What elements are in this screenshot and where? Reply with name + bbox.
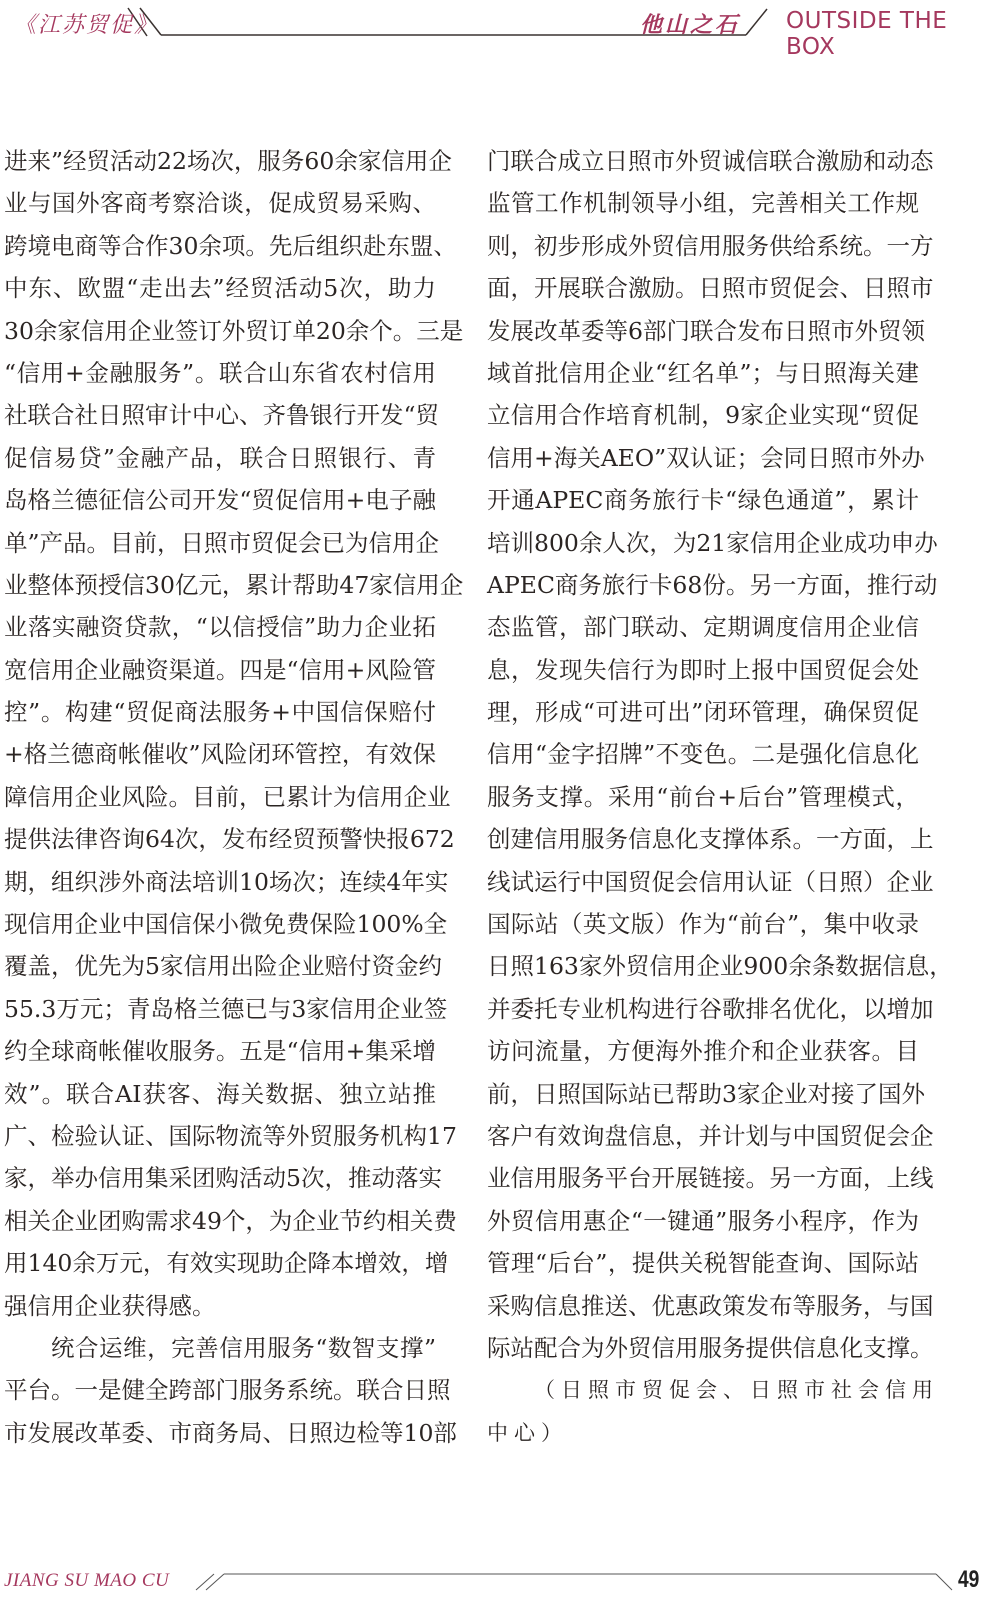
text-line: 业落实融资贷款，“以信授信”助力企业拓 [4, 606, 436, 648]
text-line: 态监管，部门联动、定期调度信用企业信 [487, 606, 919, 648]
page-header: 《江苏贸促》 他山之石 OUTSIDE THE BOX [0, 0, 1000, 60]
text-line: 促信易贷”金融产品，联合日照银行、青 [4, 437, 436, 479]
text-line: 提供法律咨询64次，发布经贸预警快报672 [4, 818, 436, 860]
text-line: APEC商务旅行卡68份。另一方面，推行动 [487, 564, 919, 606]
source-attribution-end: 中心） [487, 1412, 919, 1454]
text-line: 业与国外客商考察洽谈，促成贸易采购、 [4, 182, 436, 224]
article-column-left: 进来”经贸活动22场次，服务60余家信用企 业与国外客商考察洽谈，促成贸易采购、… [4, 140, 436, 1454]
text-line: 社联合社日照审计中心、齐鲁银行开发“贸 [4, 394, 436, 436]
text-line: 日照163家外贸信用企业900余条数据信息， [487, 945, 919, 987]
text-line: 面，开展联合激励。日照市贸促会、日照市 [487, 267, 919, 309]
text-line: 单”产品。目前，日照市贸促会已为信用企 [4, 522, 436, 564]
text-line: 相关企业团购需求49个，为企业节约相关费 [4, 1200, 436, 1242]
text-line: 进来”经贸活动22场次，服务60余家信用企 [4, 140, 436, 182]
paragraph-start-line: 统合运维，完善信用服务“数智支撑” [4, 1327, 436, 1369]
text-line: 前，日照国际站已帮助3家企业对接了国外 [487, 1073, 919, 1115]
footer-journal-title: JIANG SU MAO CU [4, 1570, 169, 1592]
text-line: 现信用企业中国信保小微免费保险100%全 [4, 903, 436, 945]
text-line: 用140余万元，有效实现助企降本增效，增 [4, 1242, 436, 1284]
text-line: 服务支撑。采用“前台+后台”管理模式， [487, 776, 919, 818]
text-line: 客户有效询盘信息，并计划与中国贸促会企 [487, 1115, 919, 1157]
text-line: 访问流量，方便海外推介和企业获客。目 [487, 1030, 919, 1072]
text-line: +格兰德商帐催收”风险闭环管控，有效保 [4, 733, 436, 775]
text-line: 创建信用服务信息化支撑体系。一方面，上 [487, 818, 919, 860]
text-line: 平台。一是健全跨部门服务系统。联合日照 [4, 1369, 436, 1411]
text-line: 跨境电商等合作30余项。先后组织赴东盟、 [4, 225, 436, 267]
text-line: 中东、欧盟“走出去”经贸活动5次，助力 [4, 267, 436, 309]
text-line: 门联合成立日照市外贸诚信联合激励和动态 [487, 140, 919, 182]
source-attribution: （日照市贸促会、日照市社会信用 [487, 1369, 919, 1411]
text-line: 发展改革委等6部门联合发布日照市外贸领 [487, 310, 919, 352]
text-line: 障信用企业风险。目前，已累计为信用企业 [4, 776, 436, 818]
text-line: 理，形成“可进可出”闭环管理，确保贸促 [487, 691, 919, 733]
text-line: 控”。构建“贸促商法服务+中国信保赔付 [4, 691, 436, 733]
section-title-en: OUTSIDE THE BOX [786, 8, 1000, 60]
text-line: 监管工作机制领导小组，完善相关工作规 [487, 182, 919, 224]
article-column-right: 门联合成立日照市外贸诚信联合激励和动态 监管工作机制领导小组，完善相关工作规 则… [487, 140, 919, 1454]
text-line: 国际站（英文版）作为“前台”，集中收录 [487, 903, 919, 945]
text-line: 宽信用企业融资渠道。四是“信用+风险管 [4, 649, 436, 691]
text-line: 家，举办信用集采团购活动5次，推动落实 [4, 1157, 436, 1199]
text-line: 采购信息推送、优惠政策发布等服务，与国 [487, 1285, 919, 1327]
text-line: 培训800余人次，为21家信用企业成功申办 [487, 522, 919, 564]
text-line: 则，初步形成外贸信用服务供给系统。一方 [487, 225, 919, 267]
text-line: 业整体预授信30亿元，累计帮助47家信用企 [4, 564, 436, 606]
section-title-cn: 他山之石 [640, 8, 740, 39]
text-line: 管理“后台”，提供关税智能查询、国际站 [487, 1242, 919, 1284]
text-line: 期，组织涉外商法培训10场次；连续4年实 [4, 861, 436, 903]
text-line: 岛格兰德征信公司开发“贸促信用+电子融 [4, 479, 436, 521]
journal-title: 《江苏贸促》 [14, 8, 158, 39]
text-line: 开通APEC商务旅行卡“绿色通道”，累计 [487, 479, 919, 521]
text-line: “信用+金融服务”。联合山东省农村信用 [4, 352, 436, 394]
text-line: 并委托专业机构进行谷歌排名优化，以增加 [487, 988, 919, 1030]
paragraph-end-line: 强信用企业获得感。 [4, 1285, 436, 1327]
text-line: 覆盖，优先为5家信用出险企业赔付资金约 [4, 945, 436, 987]
text-line: 息，发现失信行为即时上报中国贸促会处 [487, 649, 919, 691]
text-line: 约全球商帐催收服务。五是“信用+集采增 [4, 1030, 436, 1072]
text-line: 线试运行中国贸促会信用认证（日照）企业 [487, 861, 919, 903]
page-number: 49 [958, 1566, 979, 1594]
text-line: 立信用合作培育机制，9家企业实现“贸促 [487, 394, 919, 436]
text-line: 市发展改革委、市商务局、日照边检等10部 [4, 1412, 436, 1454]
text-line: 外贸信用惠企“一键通”服务小程序，作为 [487, 1200, 919, 1242]
text-line: 业信用服务平台开展链接。另一方面，上线 [487, 1157, 919, 1199]
text-line: 域首批信用企业“红名单”；与日照海关建 [487, 352, 919, 394]
text-line: 55.3万元；青岛格兰德已与3家信用企业签 [4, 988, 436, 1030]
text-line: 信用+海关AEO”双认证；会同日照市外办 [487, 437, 919, 479]
text-line: 信用“金字招牌”不变色。二是强化信息化 [487, 733, 919, 775]
text-line: 效”。联合AI获客、海关数据、独立站推 [4, 1073, 436, 1115]
text-line: 30余家信用企业签订外贸订单20余个。三是 [4, 310, 436, 352]
text-line: 际站配合为外贸信用服务提供信息化支撑。 [487, 1327, 919, 1369]
text-line: 广、检验认证、国际物流等外贸服务机构17 [4, 1115, 436, 1157]
